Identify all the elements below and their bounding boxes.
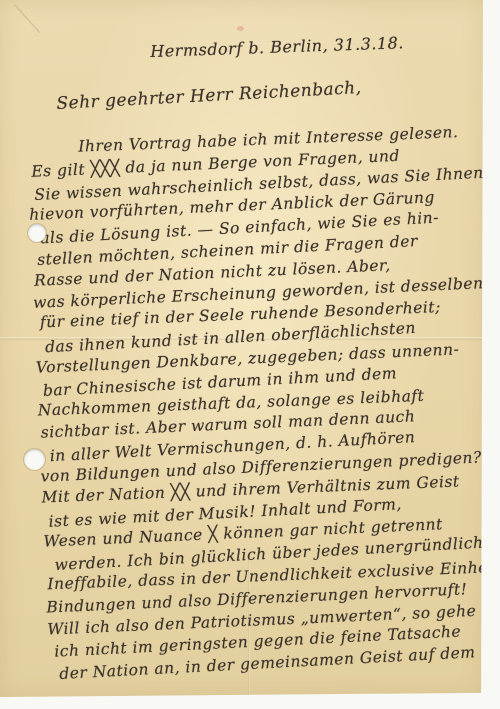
letter-body: Ihren Vortrag habe ich mit Interesse gel… [26,120,500,684]
dateline: Hermsdorf b. Berlin, 31.3.18. [150,31,472,61]
punch-hole-bottom [24,449,45,470]
salutation: Sehr geehrter Herr Reichenbach, [56,78,362,114]
paper-blemish [237,26,244,31]
corner-crease [14,4,40,33]
letter-page: Hermsdorf b. Berlin, 31.3.18. Sehr geehr… [0,0,483,697]
punch-hole-top [28,224,46,242]
